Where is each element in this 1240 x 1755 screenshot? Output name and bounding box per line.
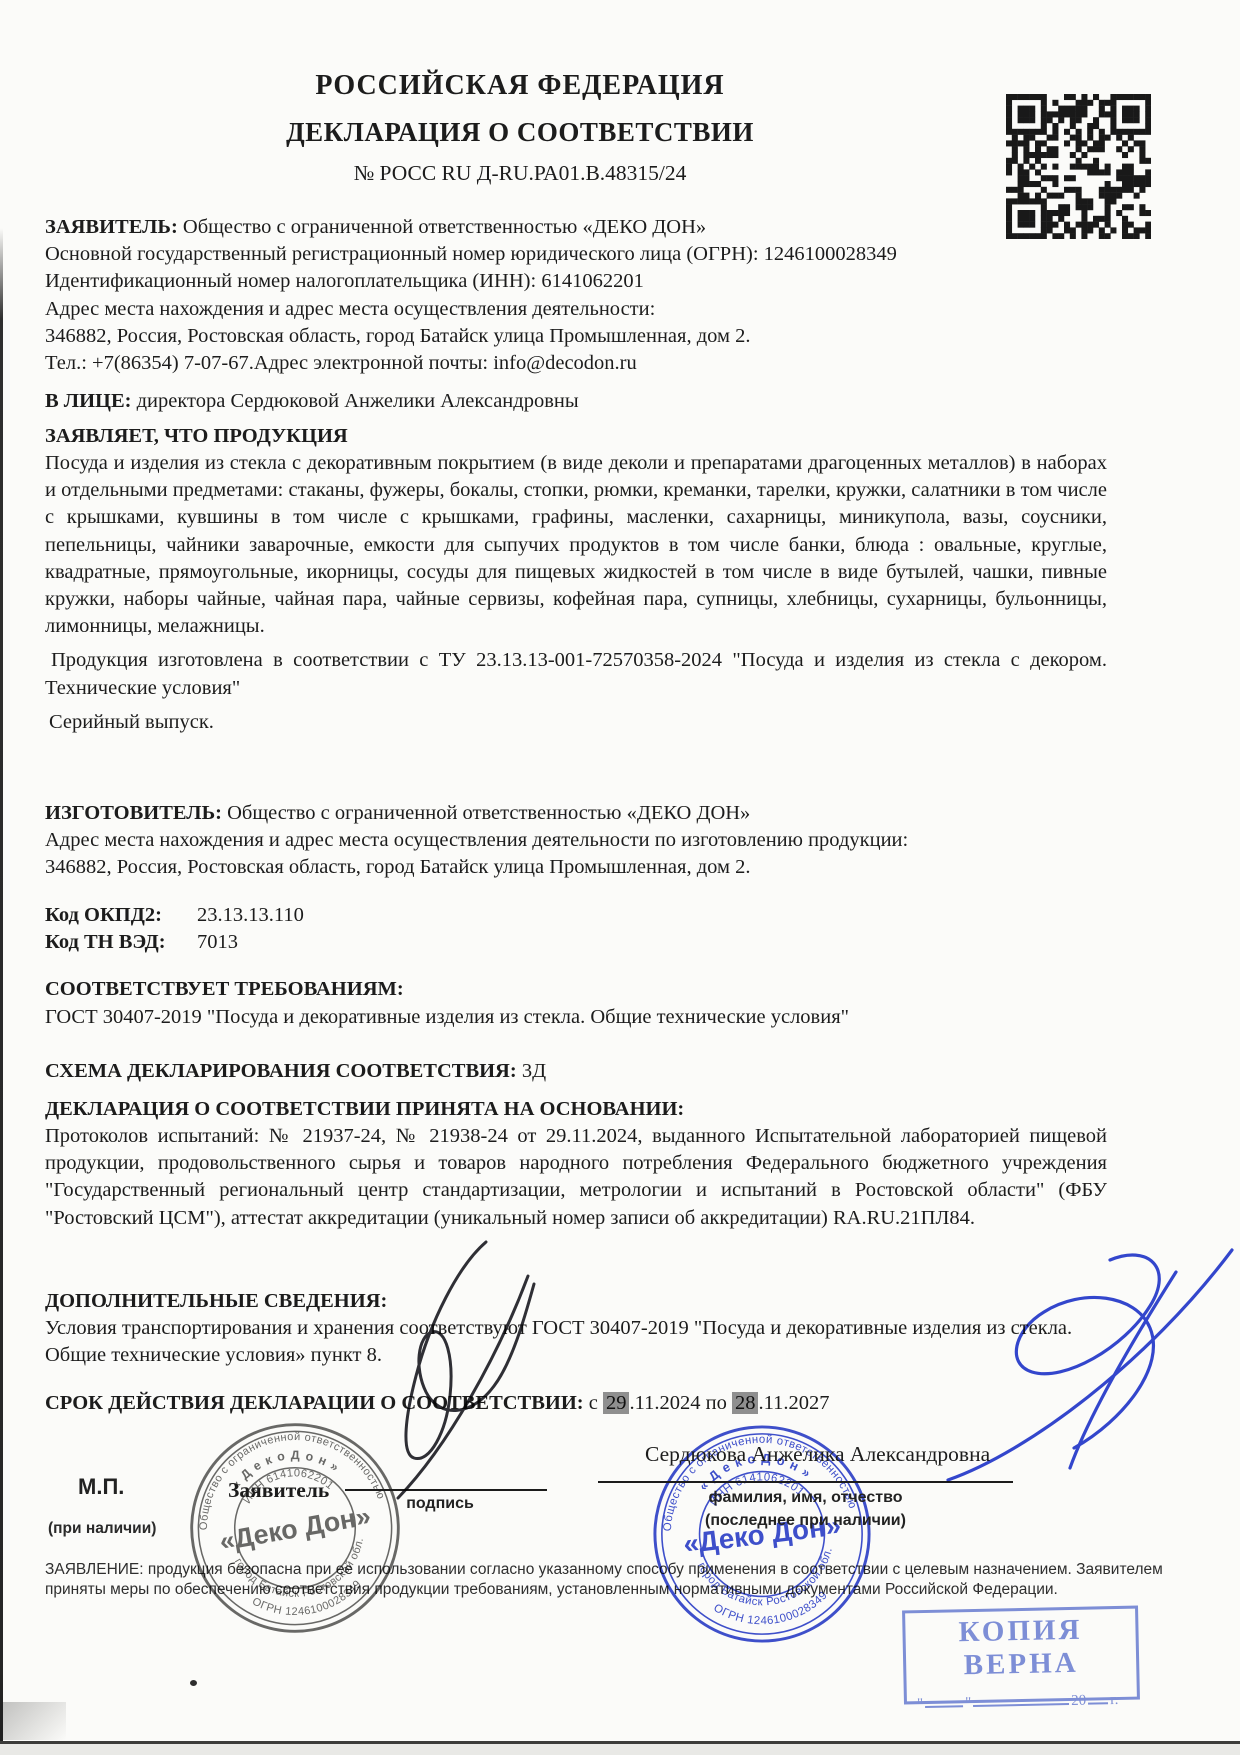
- validity-to-rest: .11.2027: [758, 1392, 829, 1414]
- scheme-line: СХЕМА ДЕКЛАРИРОВАНИЯ СООТВЕТСТВИЯ: 3Д: [45, 1058, 1107, 1085]
- applicant-contacts: Тел.: +7(86354) 7-07-67.Адрес электронно…: [45, 350, 1107, 377]
- okpd-row: Код ОКПД2:23.13.13.110: [45, 902, 1107, 929]
- copy-verna-title: КОПИЯ ВЕРНА: [905, 1613, 1136, 1684]
- person-section: В ЛИЦЕ: директора Сердюковой Анжелики Ал…: [45, 388, 1107, 415]
- person-name: директора Сердюковой Анжелики Александро…: [137, 390, 579, 412]
- manufacturer-label: ИЗГОТОВИТЕЛЬ:: [45, 802, 222, 824]
- product-description-section: Посуда и изделия из стекла с декоративны…: [45, 450, 1107, 736]
- applicant-label: ЗАЯВИТЕЛЬ:: [45, 216, 178, 238]
- scan-edge-line-left: [0, 228, 3, 1744]
- codes-section: Код ОКПД2:23.13.13.110 Код ТН ВЭД:7013: [45, 902, 1107, 956]
- person-label: В ЛИЦЕ:: [45, 390, 131, 412]
- mp-label: М.П.: [78, 1474, 124, 1500]
- applicant-section: ЗАЯВИТЕЛЬ: Общество с ограниченной ответ…: [45, 214, 1107, 377]
- date-blank-month: [973, 1690, 1069, 1707]
- applicant-name: Общество с ограниченной ответственностью…: [183, 216, 706, 238]
- applicant-inn: Идентификационный номер налогоплательщик…: [45, 268, 1107, 295]
- basis-heading: ДЕКЛАРАЦИЯ О СООТВЕТСТВИИ ПРИНЯТА НА ОСН…: [45, 1096, 1107, 1123]
- applicant-ogrn: Основной государственный регистрационный…: [45, 241, 1107, 268]
- manufacturer-section: ИЗГОТОВИТЕЛЬ: Общество с ограниченной от…: [45, 800, 1107, 882]
- okpd-value: 23.13.13.110: [197, 904, 304, 926]
- tu-line: Продукция изготовлена в соответствии с Т…: [45, 647, 1107, 701]
- date-blank-year: [1088, 1689, 1108, 1704]
- signature-ink-black: [338, 1236, 568, 1506]
- okpd-label: Код ОКПД2:: [45, 902, 197, 929]
- applicant-heading-line: ЗАЯВИТЕЛЬ: Общество с ограниченной ответ…: [45, 214, 1107, 241]
- scan-artifact-dot: [190, 1680, 197, 1686]
- doc-number: № РОСС RU Д-RU.РА01.В.48315/24: [60, 161, 980, 186]
- scheme-value: 3Д: [522, 1060, 546, 1082]
- signature-ink-blue: [828, 1242, 1240, 1492]
- scan-background-strip: [0, 1744, 1240, 1755]
- tnved-row: Код ТН ВЭД:7013: [45, 929, 1107, 956]
- tnved-value: 7013: [197, 931, 238, 953]
- quote-open: ": [917, 1696, 923, 1712]
- manufacturer-address-caption: Адрес места нахождения и адрес места осу…: [45, 827, 1107, 854]
- copy-verna-stamp: КОПИЯ ВЕРНА ""20г.: [902, 1606, 1140, 1705]
- scheme-label: СХЕМА ДЕКЛАРИРОВАНИЯ СООТВЕТСТВИЯ:: [45, 1060, 517, 1082]
- applicant-address: 346882, Россия, Ростовская область, горо…: [45, 323, 1107, 350]
- fio-caption-2: (последнее при наличии): [598, 1512, 1013, 1530]
- manufacturer-heading-line: ИЗГОТОВИТЕЛЬ: Общество с ограниченной от…: [45, 800, 1107, 827]
- requirements-heading: СООТВЕТСТВУЕТ ТРЕБОВАНИЯМ:: [45, 976, 1107, 1003]
- statement-label: ЗАЯВЛЕНИЕ:: [45, 1561, 144, 1578]
- year-suffix: г.: [1110, 1692, 1119, 1708]
- date-blank-day: [925, 1692, 963, 1708]
- applicant-address-caption: Адрес места нахождения и адрес места осу…: [45, 296, 1107, 323]
- applicant-signature-caption: Заявитель: [228, 1478, 329, 1503]
- validity-mid: по: [706, 1392, 727, 1414]
- basis-section: Протоколов испытаний: № 21937-24, № 2193…: [45, 1123, 1107, 1232]
- requirements-text: ГОСТ 30407-2019 "Посуда и декоративные и…: [45, 1004, 1107, 1031]
- basis-text: Протоколов испытаний: № 21937-24, № 2193…: [45, 1123, 1107, 1232]
- tnved-label: Код ТН ВЭД:: [45, 929, 197, 956]
- quote-close: ": [965, 1695, 971, 1711]
- country-title: РОССИЙСКАЯ ФЕДЕРАЦИЯ: [60, 70, 980, 102]
- mp-note: (при наличии): [48, 1520, 156, 1538]
- manufacturer-address: 346882, Россия, Ростовская область, горо…: [45, 854, 1107, 881]
- copy-verna-date-line: ""20г.: [917, 1689, 1129, 1713]
- validity-from-day: 29: [603, 1392, 630, 1414]
- year-prefix: 20: [1071, 1693, 1086, 1709]
- product-description: Посуда и изделия из стекла с декоративны…: [45, 450, 1107, 640]
- serial-issue: Серийный выпуск.: [45, 709, 1107, 736]
- declares-heading: ЗАЯВЛЯЕТ, ЧТО ПРОДУКЦИЯ: [45, 423, 1107, 450]
- svg-text:«Деко Дон»: «Деко Дон»: [217, 1501, 373, 1557]
- scan-smudge: [0, 1702, 66, 1740]
- document-page: РОССИЙСКАЯ ФЕДЕРАЦИЯ ДЕКЛАРАЦИЯ О СООТВЕ…: [0, 0, 1240, 1755]
- validity-prefix: с: [589, 1392, 598, 1414]
- validity-from-rest: .11.2024: [629, 1392, 700, 1414]
- validity-to-day: 28: [732, 1392, 759, 1414]
- page-title: ДЕКЛАРАЦИЯ О СООТВЕТСТВИИ: [60, 117, 980, 148]
- manufacturer-name: Общество с ограниченной ответственностью…: [227, 802, 750, 824]
